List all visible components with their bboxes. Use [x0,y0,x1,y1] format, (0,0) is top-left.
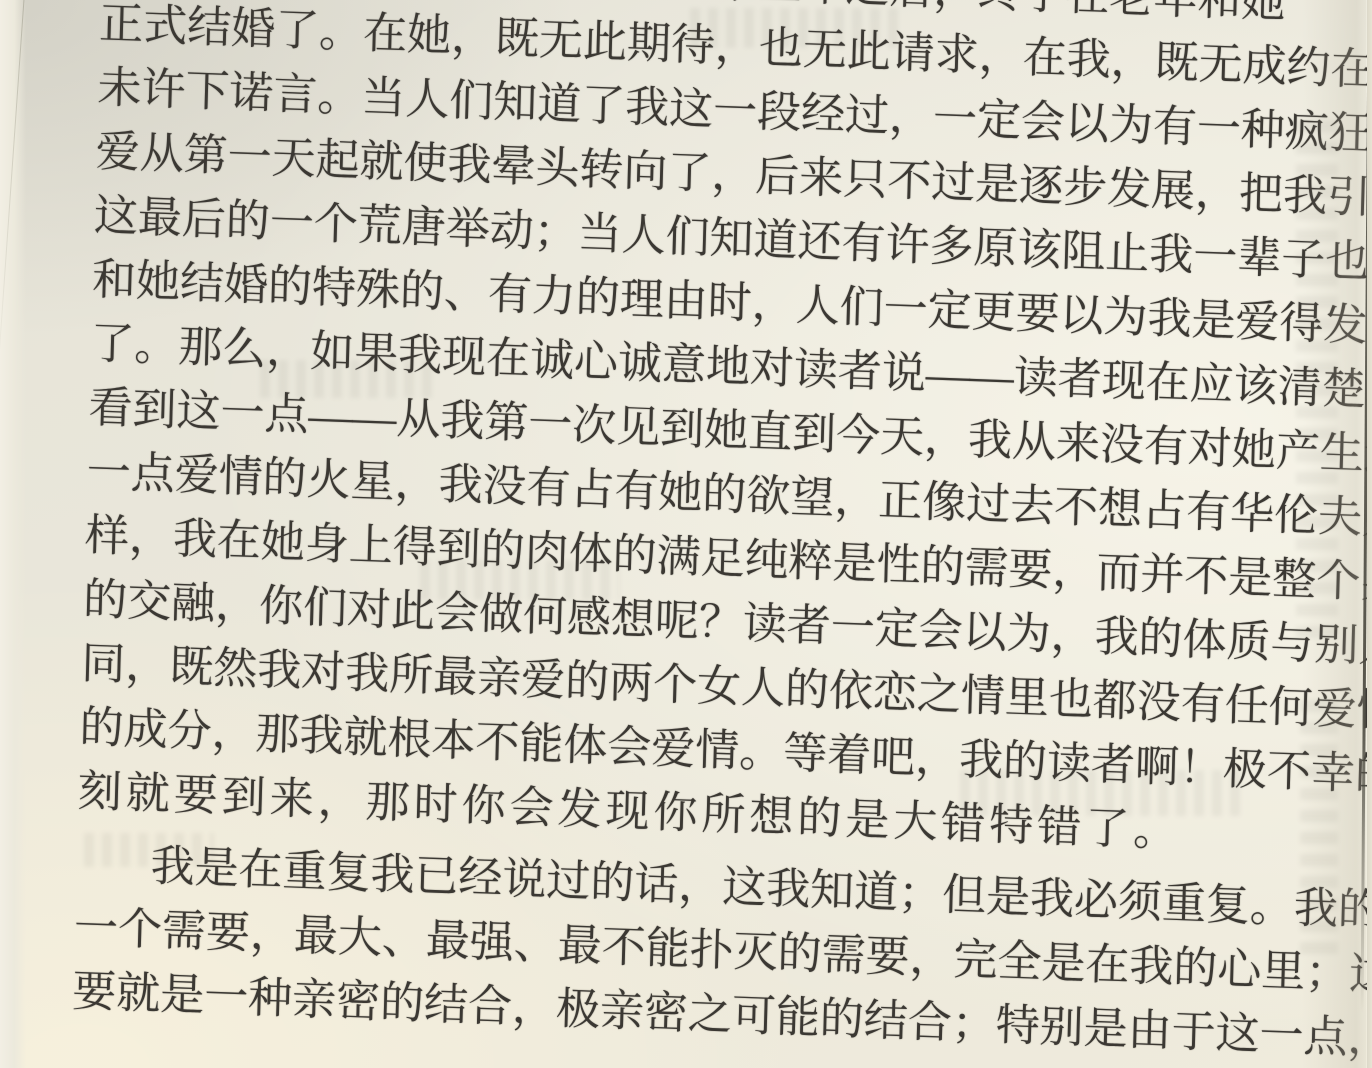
page-right-margin [1302,0,1366,1068]
page-text-block: 度过了二十五年之后，终于在老年和她正式结婚了。在她，既无此期待，也无此请求，在我… [71,0,1286,1067]
book-page-photo: 度过了二十五年之后，终于在老年和她正式结婚了。在她，既无此期待，也无此请求，在我… [0,0,1372,1068]
page-edge-sliver [1367,0,1372,1068]
